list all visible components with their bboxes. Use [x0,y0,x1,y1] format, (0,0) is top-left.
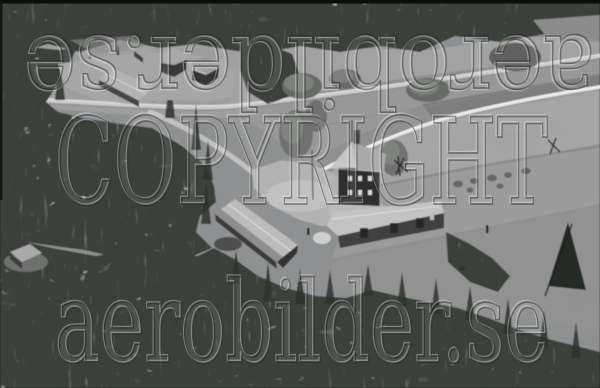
watermark-copyright: COPYRIGHT COPYRIGHT [55,93,549,234]
watermark-bottom-text: aerobilder.se [56,259,550,388]
film-edge-top [0,0,600,4]
watermarks-layer: aerobilder.se aerobilder.se COPYRIGHT CO… [24,12,596,388]
film-edge-left [0,0,3,200]
aerial-photo: aerobilder.se aerobilder.se COPYRIGHT CO… [0,0,600,388]
watermark-copyright-text: COPYRIGHT [56,94,548,233]
photo-canvas: aerobilder.se aerobilder.se COPYRIGHT CO… [0,0,600,388]
watermark-bottom: aerobilder.se aerobilder.se [55,258,551,388]
